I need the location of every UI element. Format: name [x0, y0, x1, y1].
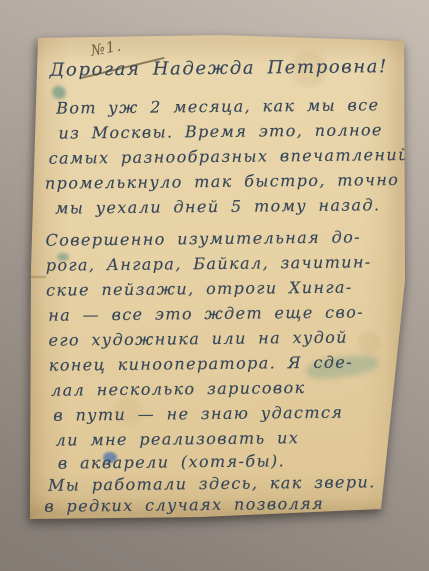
photo-background: №1. Дорогая Надежда Петровна! Вот уж 2 м…	[0, 0, 429, 571]
handwritten-line: ли мне реализовать их	[56, 428, 300, 450]
handwritten-line: самых разнообразных впечатлений,	[49, 145, 417, 168]
handwritten-line: мы уехали дней 5 тому назад.	[55, 195, 380, 217]
handwritten-line: из Москвы. Время это, полное	[58, 120, 383, 142]
page-number-annotation: №1.	[89, 36, 123, 59]
handwritten-line: ские пейзажи, отроги Хинга-	[46, 278, 353, 300]
handwritten-line: Совершенно изумительная до-	[45, 227, 361, 249]
handwritten-line: лал несколько зарисовок	[51, 378, 306, 400]
handwritten-line: промелькнуло так быстро, точно	[45, 170, 400, 193]
paper-shadow: №1. Дорогая Надежда Петровна! Вот уж 2 м…	[0, 0, 429, 571]
handwritten-line: в акварели (хотя-бы).	[58, 451, 285, 472]
handwritten-line: Мы работали здесь, как звери.	[48, 472, 376, 494]
handwritten-line: в редких случаях позволяя	[44, 494, 324, 516]
handwritten-line: на — все это ждет еще сво-	[48, 302, 364, 324]
letter-paper: №1. Дорогая Надежда Петровна! Вот уж 2 м…	[0, 0, 429, 571]
handwriting-layer: №1. Дорогая Надежда Петровна! Вот уж 2 м…	[0, 0, 429, 571]
handwritten-line: рога, Ангара, Байкал, зачитин-	[46, 252, 372, 274]
greeting-line: Дорогая Надежда Петровна!	[50, 56, 388, 81]
handwritten-line: Вот уж 2 месяца, как мы все	[56, 95, 379, 117]
handwritten-line: конец кинооператора. Я сде-	[49, 353, 353, 375]
handwritten-line: в пути — не знаю удастся	[53, 403, 343, 425]
handwritten-line: его художника или на худой	[48, 328, 348, 350]
